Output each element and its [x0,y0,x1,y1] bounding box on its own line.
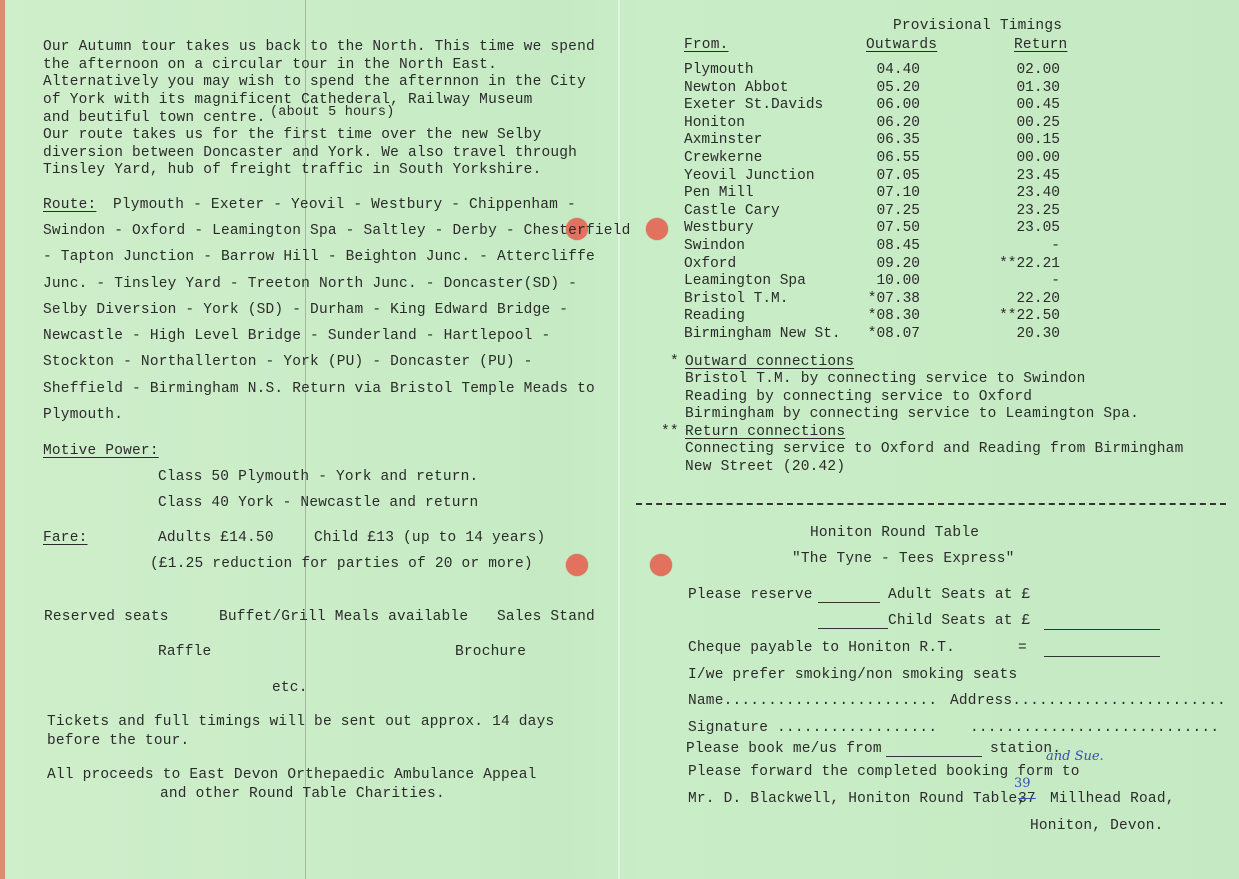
return-time: 00.25 [1016,115,1060,133]
return-time: 23.45 [1016,168,1060,186]
return-time: **22.50 [999,308,1060,326]
cut-line [636,503,1226,505]
header-from: From. [684,36,729,54]
return-time: 00.15 [1016,132,1060,150]
outward-time: 08.45 [876,238,920,256]
outward-time: 04.40 [876,62,920,80]
return-time: **22.21 [999,256,1060,274]
station-name: Oxford [684,256,736,274]
station-name: Axminster [684,132,762,150]
station-name: Exeter St.Davids [684,97,823,115]
station-name: Swindon [684,238,745,256]
station-name: Bristol T.M. [684,291,788,309]
return-time: - [1051,273,1060,291]
outward-time: 07.25 [876,203,920,221]
station-name: Castle Cary [684,203,780,221]
route-label: Route: [43,196,96,214]
outward-time: 07.50 [876,220,920,238]
return-time: 22.20 [1016,291,1060,309]
address-line2-field[interactable]: ............................ [970,719,1219,737]
punch-hole [566,554,588,576]
handwritten-annotation: and Sue. [1046,749,1104,764]
return-time: 20.30 [1016,326,1060,344]
return-time: 02.00 [1016,62,1060,80]
outward-time: *08.07 [868,326,920,344]
station-name: Pen Mill [684,185,754,203]
signature-field[interactable]: Signature .................. [688,719,937,737]
station-field[interactable] [886,744,982,757]
timings-title: Provisional Timings [893,17,1062,35]
punch-hole [646,218,668,240]
struck-house-number: 37 [1018,790,1036,808]
return-time: 00.45 [1016,97,1060,115]
station-name: Birmingham New St. [684,326,841,344]
outward-time: 06.35 [876,132,920,150]
form-title: "The Tyne - Tees Express" [792,550,1015,568]
station-name: Westbury [684,220,754,238]
outward-time: 09.20 [876,256,920,274]
return-time: - [1051,238,1060,256]
form-org: Honiton Round Table [810,524,979,542]
outward-time: 07.10 [876,185,920,203]
station-name: Newton Abbot [684,80,788,98]
name-field[interactable]: Name........................ [688,692,937,710]
station-name: Crewkerne [684,150,762,168]
station-name: Leamington Spa [684,273,806,291]
station-name: Yeovil Junction [684,168,815,186]
return-time: 23.05 [1016,220,1060,238]
return-time: 00.00 [1016,150,1060,168]
handwritten-house-number: 39 [1014,776,1031,791]
station-name: Plymouth [684,62,754,80]
outward-time: 10.00 [876,273,920,291]
outward-time: 05.20 [876,80,920,98]
outward-time: 06.00 [876,97,920,115]
return-time: 01.30 [1016,80,1060,98]
cheque-amount-field[interactable] [1044,644,1160,657]
adult-seats-field[interactable] [818,590,880,603]
motive-label: Motive Power: [43,442,159,460]
return-time: 23.25 [1016,203,1060,221]
paper-edge [0,0,5,879]
outward-time: *07.38 [868,291,920,309]
station-name: Reading [684,308,745,326]
fare-label: Fare: [43,529,88,547]
intro-note: (about 5 hours) [270,104,395,122]
outward-time: 06.20 [876,115,920,133]
outward-time: 06.55 [876,150,920,168]
punch-hole [650,554,672,576]
return-time: 23.40 [1016,185,1060,203]
outward-time: 07.05 [876,168,920,186]
child-seats-field[interactable] [818,616,888,629]
address-field[interactable]: Address........................ [950,692,1226,710]
outward-time: *08.30 [868,308,920,326]
seats-total-field[interactable] [1044,617,1160,630]
header-return: Return [1014,36,1067,54]
station-name: Honiton [684,115,745,133]
header-outwards: Outwards [866,36,937,54]
center-fold [618,0,620,879]
